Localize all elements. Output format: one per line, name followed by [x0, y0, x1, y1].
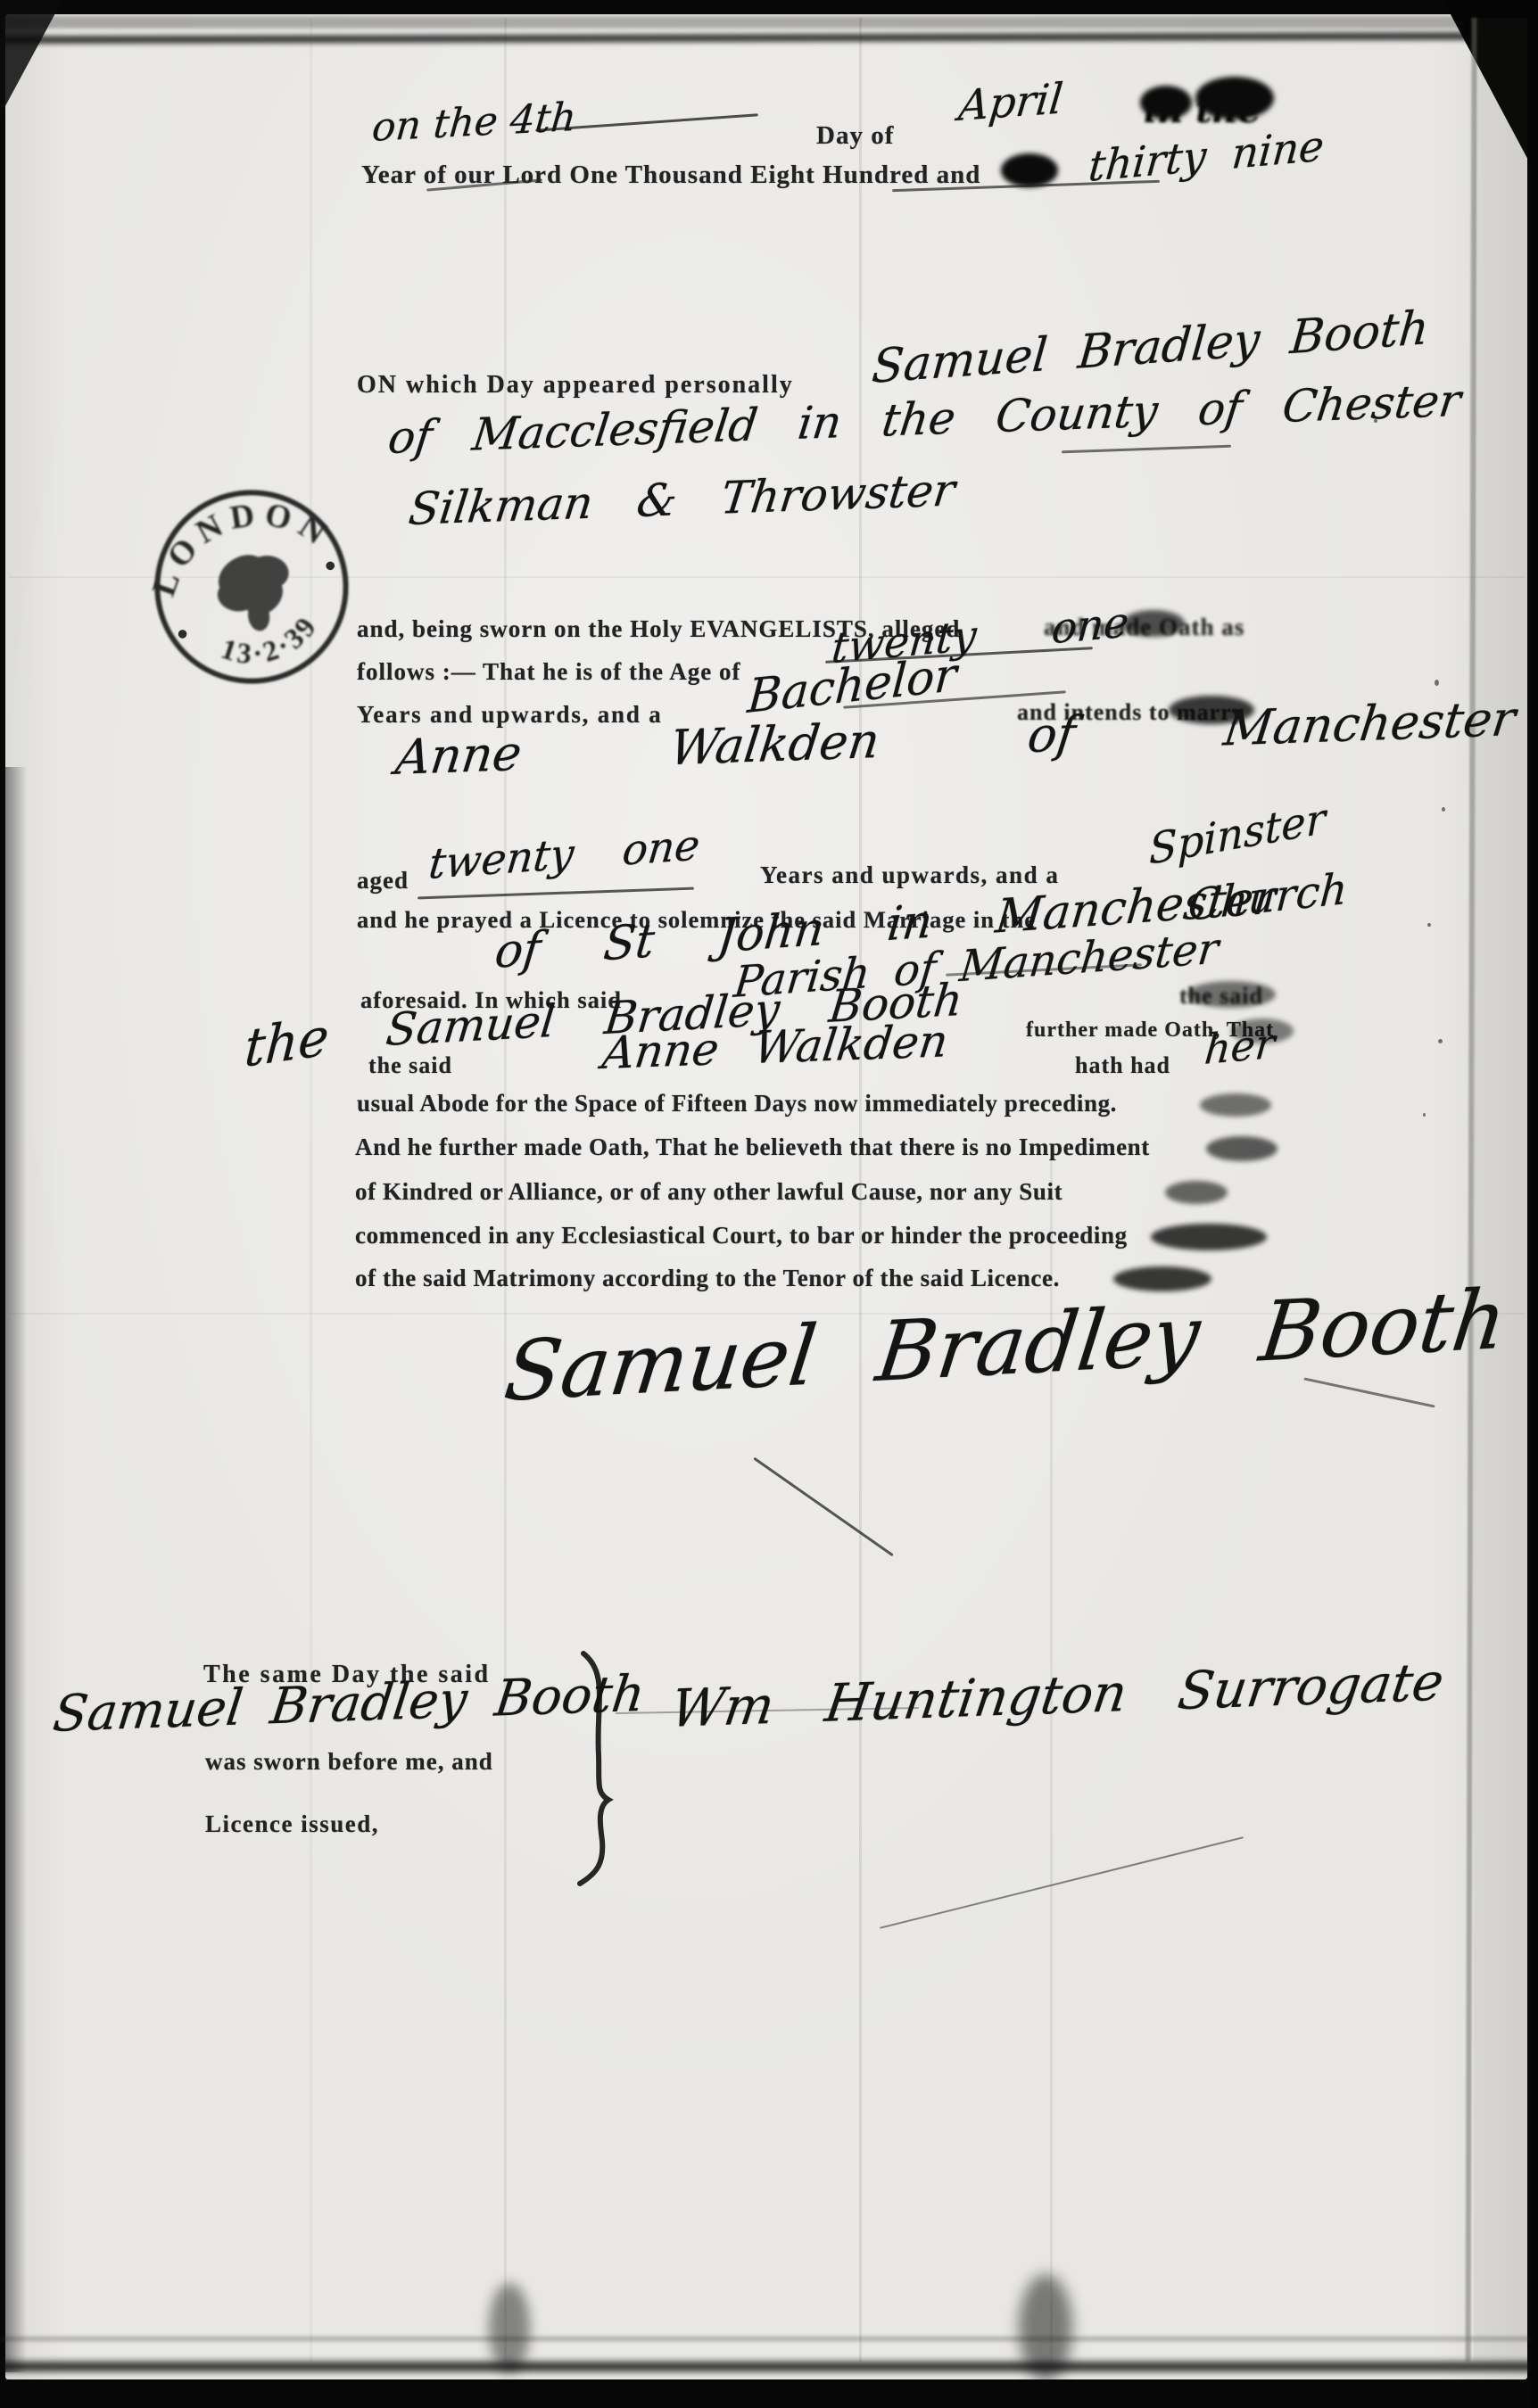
paragraph-line-1: usual Abode for the Space of Fifteen Day… [357, 1090, 1117, 1117]
ink-blot [1001, 153, 1058, 187]
printed-day-of: Day of [816, 121, 894, 151]
hw-month: April [956, 74, 1065, 131]
printed-aged: aged [357, 867, 409, 895]
crease-bottom-smudge [489, 2283, 530, 2372]
right-edge-black [1530, 0, 1538, 2408]
bottom-edge-shadow [0, 2337, 1538, 2341]
paragraph-line-5: of the said Matrimony according to the T… [355, 1265, 1060, 1292]
ink-blot [1187, 981, 1276, 1008]
ink-blot [1206, 1136, 1278, 1161]
crease-bottom-smudge [1019, 2274, 1072, 2381]
ink-speck [1442, 807, 1445, 812]
paragraph-line-4: commenced in any Ecclesiastical Court, t… [355, 1222, 1128, 1249]
bottom-edge-smudge [0, 2362, 1538, 2371]
svg-text:13·2·39: 13·2·39 [209, 604, 331, 683]
printed-the-said-b: the said [368, 1052, 452, 1079]
ink-blot [1122, 610, 1185, 637]
printed-year-line: Year of our Lord One Thousand Eight Hund… [361, 161, 980, 190]
fold-crease [310, 18, 312, 2362]
ink-blot [1200, 1093, 1271, 1117]
printed-licence-issued: Licence issued, [205, 1810, 379, 1838]
printed-sworn-before: was sworn before me, and [205, 1748, 493, 1776]
top-edge-shadow [0, 16, 1538, 29]
document-scan: on the 4th Day of April in the Year of o… [0, 0, 1538, 2408]
printed-age-lead: follows :— That he is of the Age of [357, 658, 741, 686]
hw-her: her [1203, 1019, 1277, 1074]
ink-blot [1151, 1224, 1267, 1250]
ink-speck [1427, 923, 1431, 927]
ink-blot [1140, 86, 1192, 120]
printed-appeared-personally: ON which Day appeared personally [357, 371, 794, 400]
jurat-brace [569, 1648, 626, 1889]
printed-years-upwards-2: Years and upwards, and a [760, 862, 1059, 889]
ink-blot [1165, 1181, 1228, 1204]
left-edge-shadow [5, 767, 27, 2372]
ink-blot [1195, 77, 1274, 120]
right-margin-tint [1474, 18, 1527, 2363]
ink-speck [1423, 1113, 1426, 1117]
stamp-date: 13·2·39 [209, 604, 331, 683]
paragraph-line-3: of Kindred or Alliance, or of any other … [355, 1178, 1063, 1206]
ink-speck [1435, 680, 1439, 686]
hw-margin-the: the [243, 1005, 331, 1079]
printed-hath-had: hath had [1075, 1052, 1170, 1079]
paragraph-line-2: And he further made Oath, That he believ… [355, 1134, 1150, 1161]
ink-speck [1438, 1039, 1443, 1043]
